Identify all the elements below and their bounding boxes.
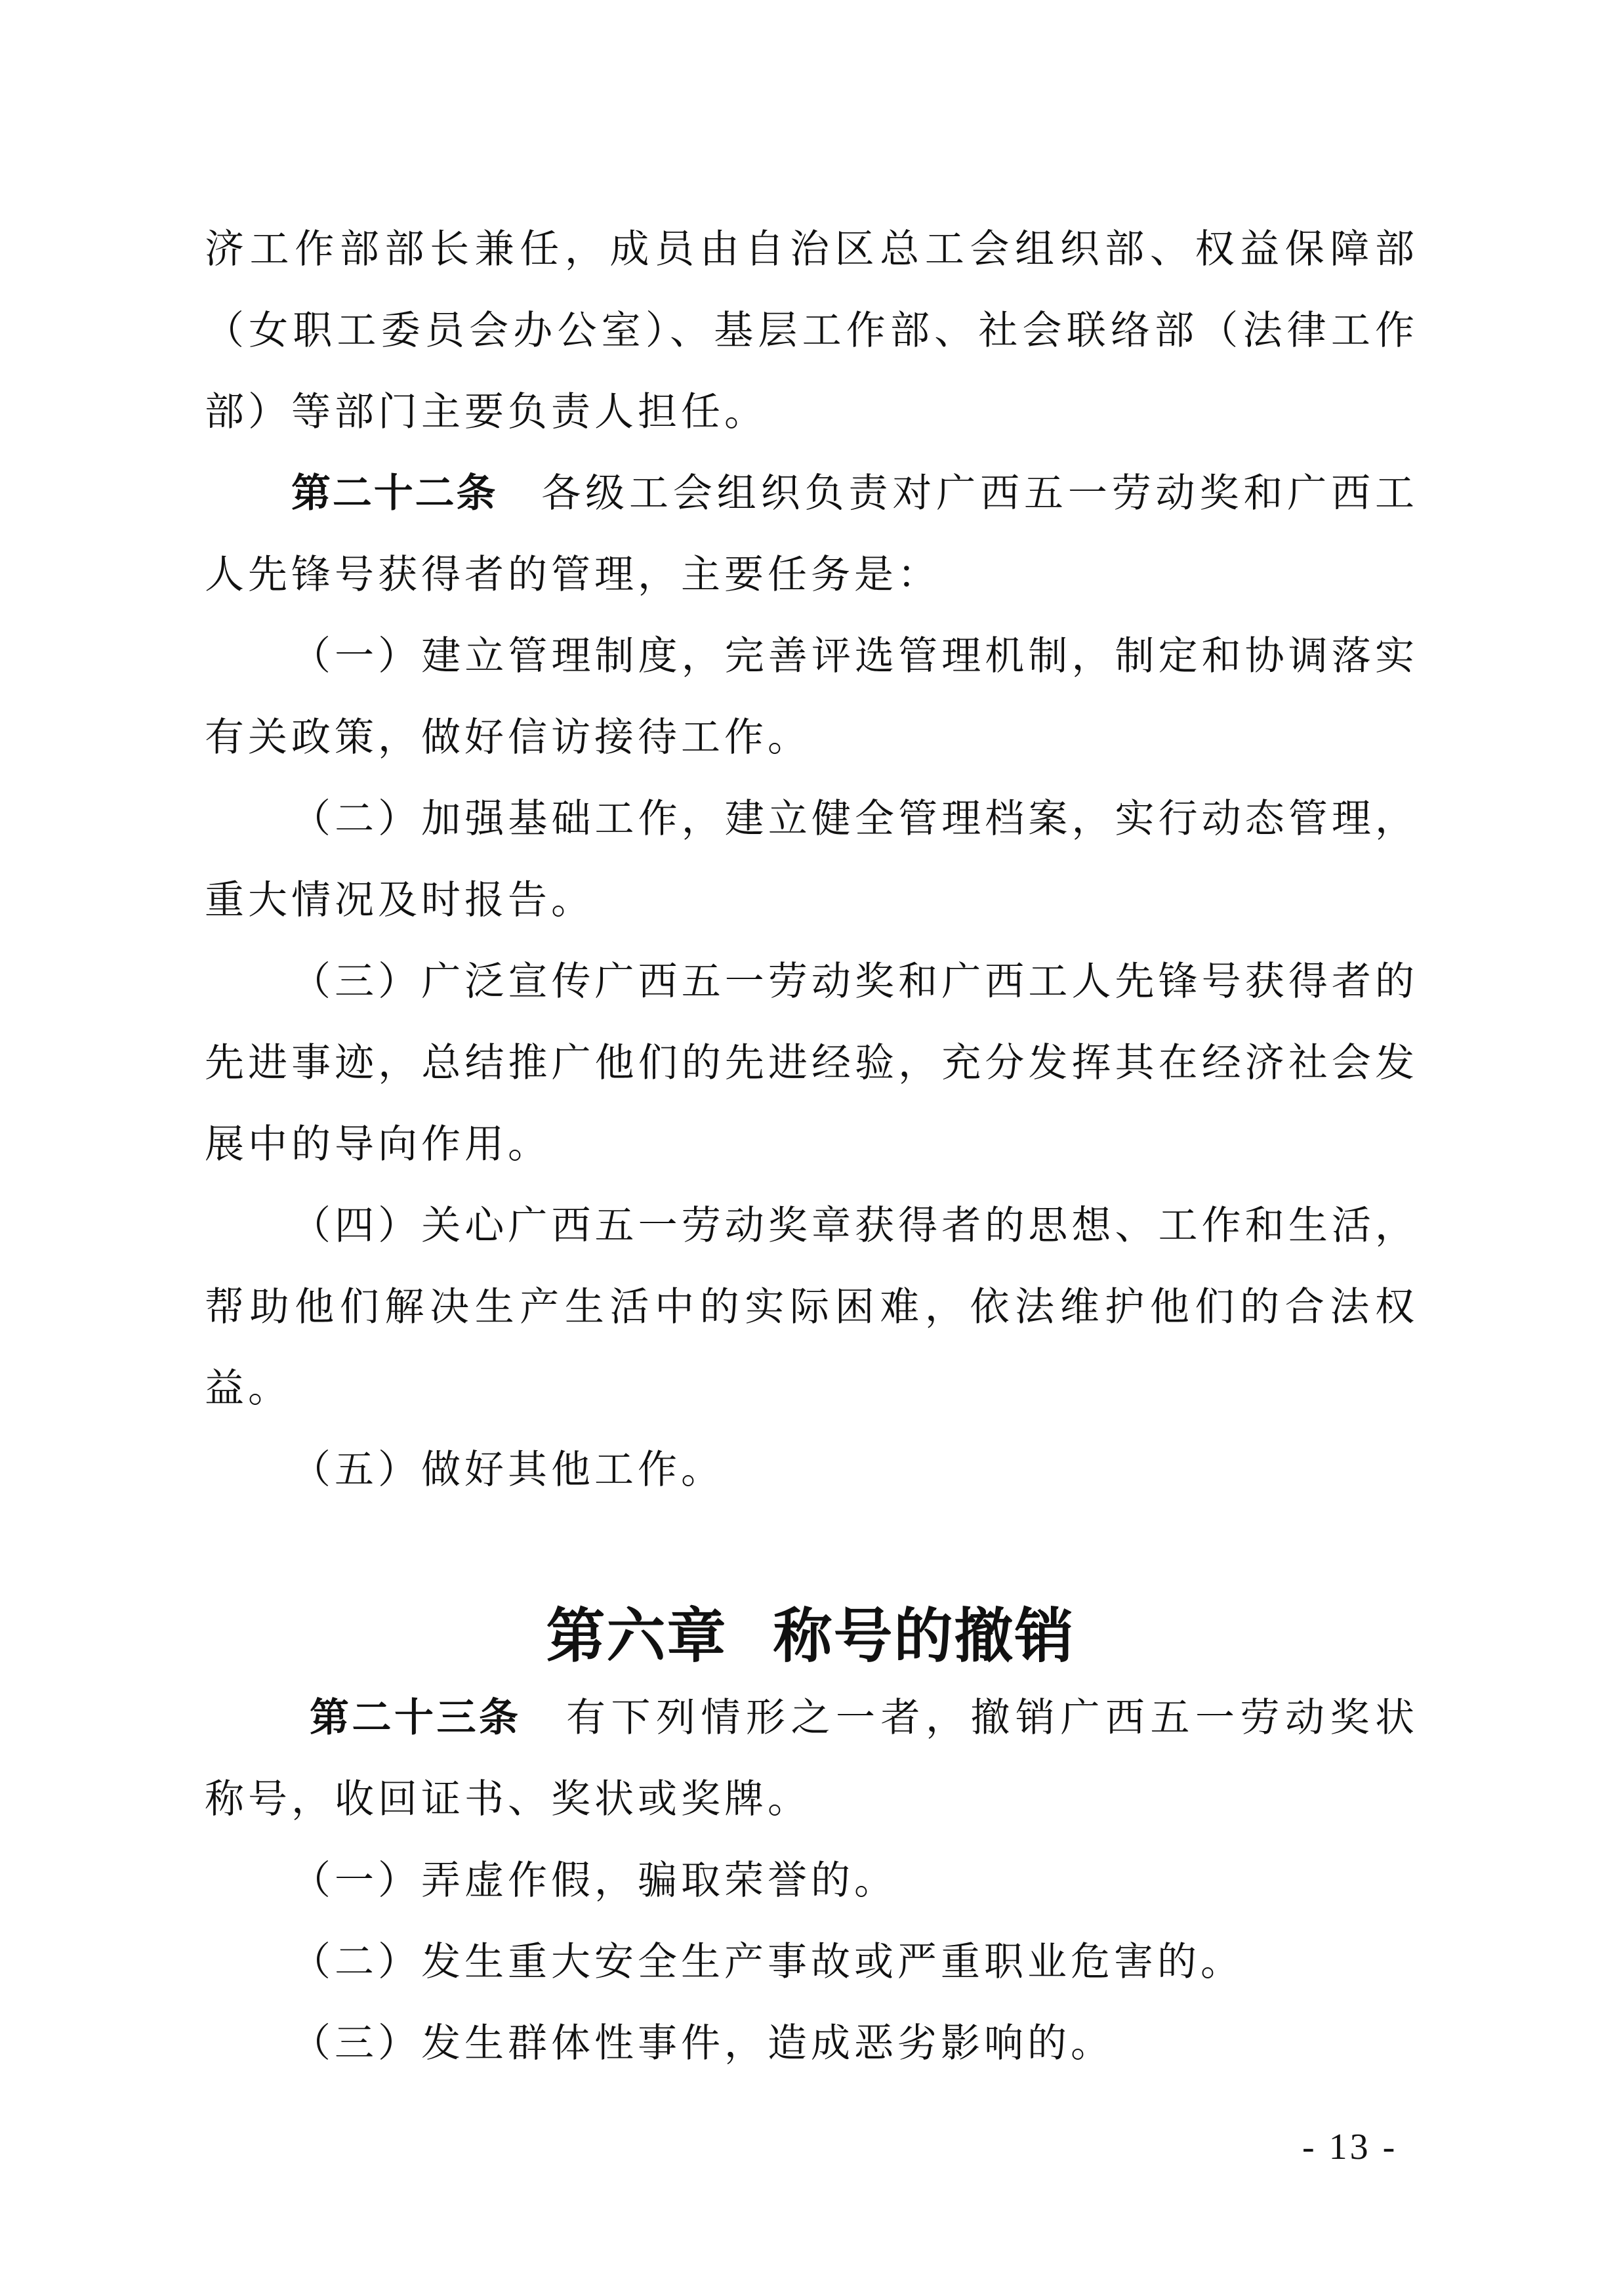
chapter-number: 第六章 [546,1602,728,1671]
document-page: 济工作部部长兼任，成员由自治区总工会组织部、权益保障部（女职工委员会办公室）、基… [0,0,1621,2296]
article-label: 第二十二条 [291,470,497,516]
list-item-text: （五）做好其他工作。 [291,1447,724,1493]
list-item: （二）发生重大安全生产事故或严重职业危害的。 [205,1921,1418,2003]
list-item: （一）弄虚作假，骗取荣誉的。 [205,1840,1418,1921]
list-item: （二）加强基础工作，建立健全管理档案，实行动态管理，重大情况及时报告。 [205,778,1418,941]
article-22: 第二十二条各级工会组织负责对广西五一劳动奖和广西工人先锋号获得者的管理，主要任务… [205,453,1418,616]
paragraph-text: 济工作部部长兼任，成员由自治区总工会组织部、权益保障部（女职工委员会办公室）、基… [205,226,1418,435]
list-item: （三）发生群体性事件，造成恶劣影响的。 [205,2003,1418,2084]
list-item-text: （一）弄虚作假，骗取荣誉的。 [291,1858,897,1904]
list-item: （三）广泛宣传广西五一劳动奖和广西工人先锋号获得者的先进事迹，总结推广他们的先进… [205,941,1418,1185]
list-item-text: （一）建立管理制度，完善评选管理机制，制定和协调落实有关政策，做好信访接待工作。 [205,633,1418,761]
page-number: - 13 - [1302,2126,1397,2168]
body-text: 济工作部部长兼任，成员由自治区总工会组织部、权益保障部（女职工委员会办公室）、基… [205,209,1418,2084]
list-item-text: （二）发生重大安全生产事故或严重职业危害的。 [291,1939,1244,1985]
list-item-text: （三）发生群体性事件，造成恶劣影响的。 [291,2020,1114,2066]
chapter-heading: 第六章称号的撤销 [0,1596,1621,1677]
list-item-text: （四）关心广西五一劳动奖章获得者的思想、工作和生活，帮助他们解决生产生活中的实际… [205,1203,1418,1411]
list-item: （四）关心广西五一劳动奖章获得者的思想、工作和生活，帮助他们解决生产生活中的实际… [205,1185,1418,1429]
list-item-text: （二）加强基础工作，建立健全管理档案，实行动态管理，重大情况及时报告。 [205,796,1418,923]
article-23: 第二十三条有下列情形之一者，撤销广西五一劳动奖状称号，收回证书、奖状或奖牌。 [205,1677,1418,1840]
article-label: 第二十三条 [310,1695,522,1741]
list-item-text: （三）广泛宣传广西五一劳动奖和广西工人先锋号获得者的先进事迹，总结推广他们的先进… [205,959,1418,1167]
list-item: （五）做好其他工作。 [205,1429,1418,1511]
chapter-title: 称号的撤销 [773,1602,1075,1671]
list-item: （一）建立管理制度，完善评选管理机制，制定和协调落实有关政策，做好信访接待工作。 [205,616,1418,778]
paragraph-continuation: 济工作部部长兼任，成员由自治区总工会组织部、权益保障部（女职工委员会办公室）、基… [205,209,1418,453]
